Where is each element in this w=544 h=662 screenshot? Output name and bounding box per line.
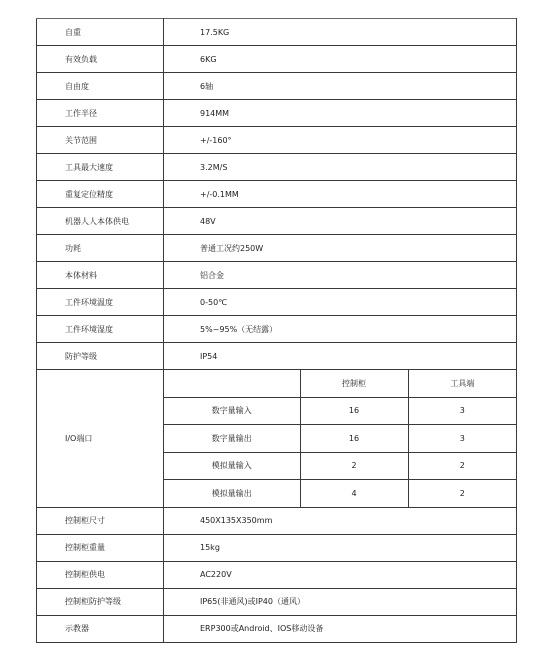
spec-label: 工件环境湿度 [37,316,164,343]
io-row: 数字量输出 16 3 [164,425,516,453]
io-label: I/O端口 [37,370,164,508]
spec-row-cabinet-power: 控制柜供电 AC220V [37,561,517,588]
spec-value: 5%~95%（无结露） [164,316,517,343]
spec-label: 自由度 [37,73,164,100]
io-row-cabinet: 2 [300,452,408,480]
spec-label: 防护等级 [37,343,164,370]
io-row: 数字量输入 16 3 [164,397,516,425]
spec-label: 功耗 [37,235,164,262]
spec-label: 工具最大速度 [37,154,164,181]
spec-label: 工件环境温度 [37,289,164,316]
spec-row-material: 本体材料 铝合金 [37,262,517,289]
spec-value: 17.5KG [164,19,517,46]
spec-label: 控制柜重量 [37,534,164,561]
io-row-cabinet: 16 [300,397,408,425]
spec-value: IP54 [164,343,517,370]
io-row-tool: 2 [408,480,516,507]
io-subtable: 控制柜 工具端 数字量输入 16 3 数字量输出 16 3 模拟量输入 [164,370,516,507]
io-row-name: 模拟量输出 [164,480,300,507]
spec-label: 关节范围 [37,127,164,154]
spec-row-humidity: 工件环境湿度 5%~95%（无结露） [37,316,517,343]
spec-value: 铝合金 [164,262,517,289]
spec-label: 自重 [37,19,164,46]
spec-row-cabinet-size: 控制柜尺寸 450X135X350mm [37,507,517,534]
io-header-cabinet: 控制柜 [300,370,408,397]
spec-value: 普通工况约250W [164,235,517,262]
spec-value: 6KG [164,46,517,73]
spec-row-cabinet-weight: 控制柜重量 15kg [37,534,517,561]
spec-value: 0-50℃ [164,289,517,316]
spec-row-tool-speed: 工具最大速度 3.2M/S [37,154,517,181]
io-row: 模拟量输出 4 2 [164,480,516,507]
io-header-tool: 工具端 [408,370,516,397]
spec-value: AC220V [164,561,517,588]
io-row-tool: 3 [408,397,516,425]
spec-label: 控制柜防护等级 [37,588,164,615]
spec-row-weight: 自重 17.5KG [37,19,517,46]
spec-value: +/-160° [164,127,517,154]
io-row-cabinet: 4 [300,480,408,507]
spec-value: IP65(非通风)或IP40（通风） [164,588,517,615]
io-row-tool: 3 [408,425,516,453]
spec-row-reach: 工作半径 914MM [37,100,517,127]
spec-row-joint-range: 关节范围 +/-160° [37,127,517,154]
spec-value: 15kg [164,534,517,561]
spec-label: 有效负载 [37,46,164,73]
spec-label: 控制柜供电 [37,561,164,588]
spec-row-repeatability: 重复定位精度 +/-0.1MM [37,181,517,208]
spec-value: 48V [164,208,517,235]
spec-table: 自重 17.5KG 有效负载 6KG 自由度 6轴 工作半径 914MM 关节范… [36,18,517,643]
spec-value: 3.2M/S [164,154,517,181]
io-subtable-cell: 控制柜 工具端 数字量输入 16 3 数字量输出 16 3 模拟量输入 [164,370,517,508]
spec-value: 914MM [164,100,517,127]
io-row-cabinet: 16 [300,425,408,453]
io-row: 模拟量输入 2 2 [164,452,516,480]
spec-row-protection: 防护等级 IP54 [37,343,517,370]
spec-label: 本体材料 [37,262,164,289]
spec-label: 机器人人本体供电 [37,208,164,235]
spec-row-io: I/O端口 控制柜 工具端 数字量输入 16 3 数字量输出 [37,370,517,508]
spec-row-dof: 自由度 6轴 [37,73,517,100]
io-row-name: 模拟量输入 [164,452,300,480]
io-row-name: 数字量输出 [164,425,300,453]
spec-row-teach-pendant: 示教器 ERP300或Android、IOS移动设备 [37,615,517,642]
spec-value: ERP300或Android、IOS移动设备 [164,615,517,642]
spec-row-payload: 有效负载 6KG [37,46,517,73]
spec-value: 450X135X350mm [164,507,517,534]
spec-label: 示教器 [37,615,164,642]
spec-label: 工作半径 [37,100,164,127]
spec-row-body-power: 机器人人本体供电 48V [37,208,517,235]
io-row-name: 数字量输入 [164,397,300,425]
spec-row-consumption: 功耗 普通工况约250W [37,235,517,262]
io-header-row: 控制柜 工具端 [164,370,516,397]
spec-row-cabinet-protection: 控制柜防护等级 IP65(非通风)或IP40（通风） [37,588,517,615]
spec-value: +/-0.1MM [164,181,517,208]
spec-label: 控制柜尺寸 [37,507,164,534]
io-header-blank [164,370,300,397]
io-row-tool: 2 [408,452,516,480]
spec-label: 重复定位精度 [37,181,164,208]
spec-value: 6轴 [164,73,517,100]
spec-row-temperature: 工件环境温度 0-50℃ [37,289,517,316]
